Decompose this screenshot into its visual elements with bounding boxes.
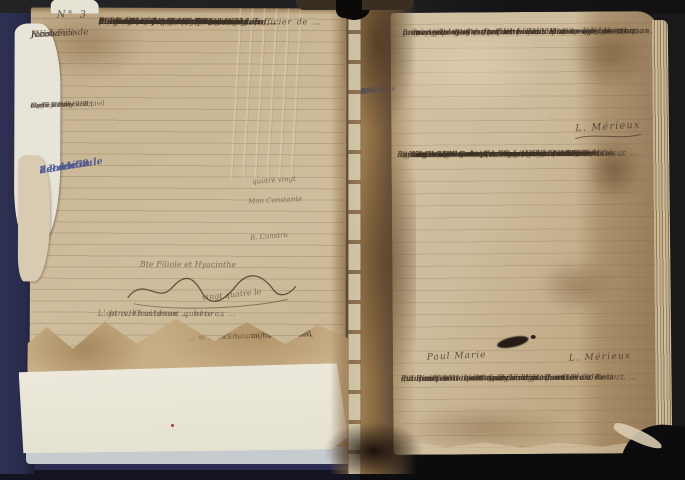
manuscript-line: Robert … bbox=[276, 328, 312, 342]
act-text-paragraph: L'an mil huit cent quatre-vingt-quatre e… bbox=[397, 147, 653, 149]
page-block-edges bbox=[652, 20, 672, 448]
register-scan: N° 3 Naissance deJacob FélixFiliole L'an… bbox=[0, 0, 685, 480]
manuscript-line: mil huit cent quatre, des registres de l… bbox=[401, 371, 618, 384]
pencil-note-line: Ste Marie bbox=[360, 82, 396, 100]
paper-crease-streaks bbox=[230, 8, 301, 178]
stain bbox=[538, 257, 614, 314]
witness-signature: Paul Marie bbox=[427, 350, 487, 362]
manuscript-line: … témoins n'ayant su le faire, de ce req… bbox=[403, 25, 638, 39]
manuscript-line: Filiole bbox=[31, 28, 59, 42]
repair-tape-strip bbox=[348, 4, 361, 474]
spine-gap bbox=[336, 0, 362, 18]
red-fleck bbox=[171, 424, 174, 427]
manuscript-line: signé Matilly bbox=[30, 99, 73, 110]
ink-blot bbox=[531, 335, 536, 339]
archivist-pencil-notes: A. D. d2Oct28N° 51 deSte Marie bbox=[360, 79, 420, 84]
left-page: N° 3 Naissance deJacob FélixFiliole L'an… bbox=[29, 7, 347, 442]
ink-blot bbox=[496, 334, 529, 351]
binding-gutter: A. D. d2Oct28N° 51 deSte Marie bbox=[330, 4, 416, 474]
manuscript-line: l'enfant et les témoins, lecture f… bbox=[99, 16, 267, 28]
signature-names: Bte Filiole et Hyacinthe bbox=[140, 260, 236, 269]
bleedthrough-fragment: quatre vingt bbox=[252, 175, 296, 186]
manuscript-line: âgé de vingt ans, … et en foi de ce sign… bbox=[397, 147, 602, 161]
manuscript-line: … et … Comtesse … bbox=[98, 308, 190, 320]
manuscript-line: Décédé le 28 janvier 1970 bbox=[212, 328, 312, 344]
gutter-shadow bbox=[324, 422, 424, 480]
mirrored-offset-text: … um de comm…Jeanne Mévilius … décédée l… bbox=[62, 328, 312, 336]
right-page: de son épouse et auquel enfant il donne … bbox=[390, 11, 661, 455]
repair-patch bbox=[19, 363, 348, 455]
act-text-paragraph: L'an mil huit cent quatre-vingt … et le … bbox=[401, 371, 653, 373]
act-body-text: L'an mil huit cent quatre …vingt, Janvie… bbox=[99, 16, 345, 17]
act-number: N° 3 bbox=[57, 10, 88, 21]
bleedthrough-fragment: Mon Constante bbox=[248, 195, 303, 206]
bleedthrough-fragment: R. Constru bbox=[250, 231, 289, 242]
signature-flourish bbox=[573, 131, 643, 141]
signature-flourish bbox=[122, 270, 302, 313]
